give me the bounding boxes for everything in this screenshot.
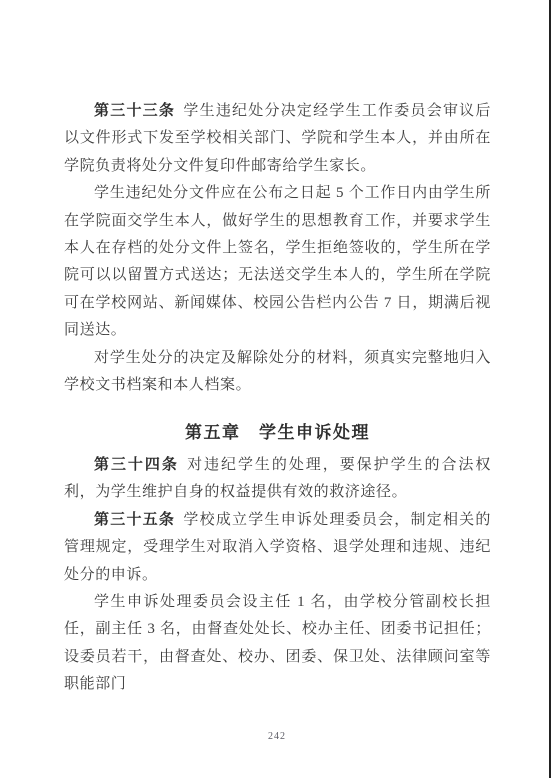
page-content: 第三十三条学生违纪处分决定经学生工作委员会审议后以文件形式下发至学校相关部门、学… xyxy=(64,98,491,699)
paragraph-text: 学生申诉处理委员会设主任 1 名，由学校分管副校长担任，副主任 3 名，由督查处… xyxy=(64,594,491,692)
chapter-heading: 第五章 学生申诉处理 xyxy=(64,419,491,446)
paragraph: 对学生处分的决定及解除处分的材料，须真实完整地归入学校文书档案和本人档案。 xyxy=(64,345,491,400)
paragraph: 第三十三条学生违纪处分决定经学生工作委员会审议后以文件形式下发至学校相关部门、学… xyxy=(64,98,491,180)
paragraph-text: 学生违纪处分文件应在公布之日起 5 个工作日内由学生所在学院面交学生本人，做好学… xyxy=(64,185,491,338)
page-number: 242 xyxy=(0,731,554,742)
article-number: 第三十五条 xyxy=(94,512,175,528)
scan-edge-line xyxy=(549,0,551,778)
paragraph-text: 对学生处分的决定及解除处分的材料，须真实完整地归入学校文书档案和本人档案。 xyxy=(64,350,491,393)
paragraph: 学生申诉处理委员会设主任 1 名，由学校分管副校长担任，副主任 3 名，由督查处… xyxy=(64,589,491,699)
article-number: 第三十三条 xyxy=(94,103,175,119)
article-number: 第三十四条 xyxy=(94,457,179,473)
paragraph: 第三十四条对违纪学生的处理，要保护学生的合法权利，为学生维护自身的权益提供有效的… xyxy=(64,452,491,507)
paragraph: 学生违纪处分文件应在公布之日起 5 个工作日内由学生所在学院面交学生本人，做好学… xyxy=(64,180,491,344)
paragraph: 第三十五条学校成立学生申诉处理委员会，制定相关的管理规定，受理学生对取消入学资格… xyxy=(64,507,491,589)
document-page: 第三十三条学生违纪处分决定经学生工作委员会审议后以文件形式下发至学校相关部门、学… xyxy=(0,0,554,783)
